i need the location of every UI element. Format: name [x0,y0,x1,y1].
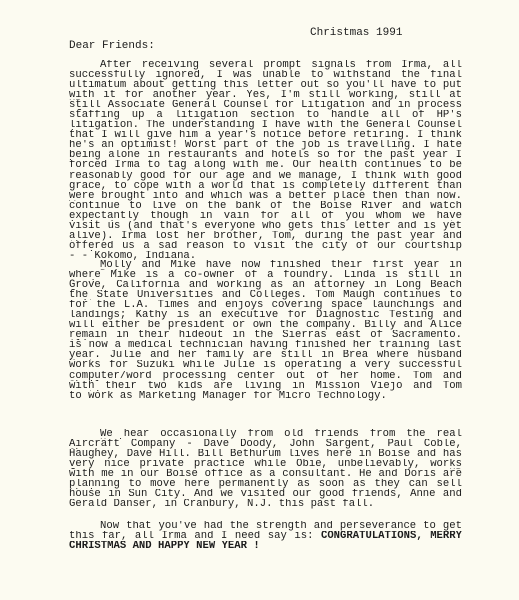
text-line: grace, to cope with a world that is comp… [69,181,462,191]
letter-date: Christmas 1991 [310,28,402,38]
text-line: very nice private practice while Obie, u… [69,459,462,469]
closing-greeting: CHRISTMAS AND HAPPY NEW YEAR ! [69,541,462,551]
closing-line: this far, all Irma and I need say is: CO… [69,531,462,541]
text-line: We hear occasionally from old friends fr… [69,429,462,439]
closing-text: this far, all Irma and I need say is: [69,531,313,541]
text-line: After receiving several prompt signals f… [69,60,462,70]
paragraph-closing: Now that you've had the strength and per… [69,521,462,551]
closing-greeting: CONGRATULATIONS, MERRY [321,531,462,541]
text-line: planning to move here permanently as soo… [69,479,462,489]
text-line: year. Julie and her family are still in … [69,350,462,360]
text-line: with me in our Boise office as a consult… [69,469,462,479]
paragraph-family-news: Molly and Mike have now finished their f… [69,260,462,401]
text-line: reasonably good for our age and we manag… [69,171,462,181]
text-line: works for Suzuki while Julie is operatin… [69,360,462,370]
text-line: where Mike is a co-owner of a foundry. L… [69,270,462,280]
text-line: Haughey, Dave Hill. Bill Bethurum lives … [69,449,462,459]
text-line: is now a medical technician having finis… [69,340,462,350]
text-line: successfully ignored, I was unable to wi… [69,70,462,80]
text-line: alive). Irma lost her brother, Tom, duri… [69,231,462,241]
text-line: that I will give him a year's notice bef… [69,130,462,140]
text-line: house in Sun City. And we visited our go… [69,489,462,499]
text-line: the State Universities and Colleges. Tom… [69,290,462,300]
text-line: visit us (and that's everyone who gets t… [69,221,462,231]
text-line: still Associate General Counsel for Liti… [69,100,462,110]
text-line: will either be president or own the comp… [69,320,462,330]
salutation: Dear Friends: [69,41,155,51]
paragraph-old-friends: We hear occasionally from old friends fr… [69,429,462,509]
text-line: offered us a sad reason to visit the cit… [69,241,462,251]
text-line: ultimatum about getting this letter out … [69,80,462,90]
text-line: with it for another year. Yes, I'm still… [69,90,462,100]
text-line: he's an optimist! Worst part of the job … [69,140,462,150]
text-line: being alone in restaurants and hotels so… [69,150,462,160]
text-line: Gerald Danser, in Cranbury, N.J. this pa… [69,499,462,509]
text-line: Aircraft Company - Dave Doody, John Sarg… [69,439,462,449]
text-line: landings; Kathy is an executive for Diag… [69,310,462,320]
text-line: computer/word processing center out of h… [69,371,462,381]
closing-line: Now that you've had the strength and per… [69,521,462,531]
text-line: forced Irma to tag along with me. Our he… [69,160,462,170]
text-line: with their two kids are living in Missio… [69,381,462,391]
text-line: continue to live on the bank of the Bois… [69,201,462,211]
text-line: to work as Marketing Manager for Micro T… [69,391,462,401]
text-line: remain in their hideout in the Sierras e… [69,330,462,340]
text-line: were brought into and which was a better… [69,191,462,201]
text-line: for the L.A. Times and enjoys covering s… [69,300,462,310]
paragraph-work-and-health: After receiving several prompt signals f… [69,60,462,261]
text-line: Grove, California and working as an atto… [69,280,462,290]
text-line: staffing up a litigation section to hand… [69,110,462,120]
text-line: expectantly though in vain for all of yo… [69,211,462,221]
text-line: Molly and Mike have now finished their f… [69,260,462,270]
text-line: litigation. The understanding I have wit… [69,120,462,130]
